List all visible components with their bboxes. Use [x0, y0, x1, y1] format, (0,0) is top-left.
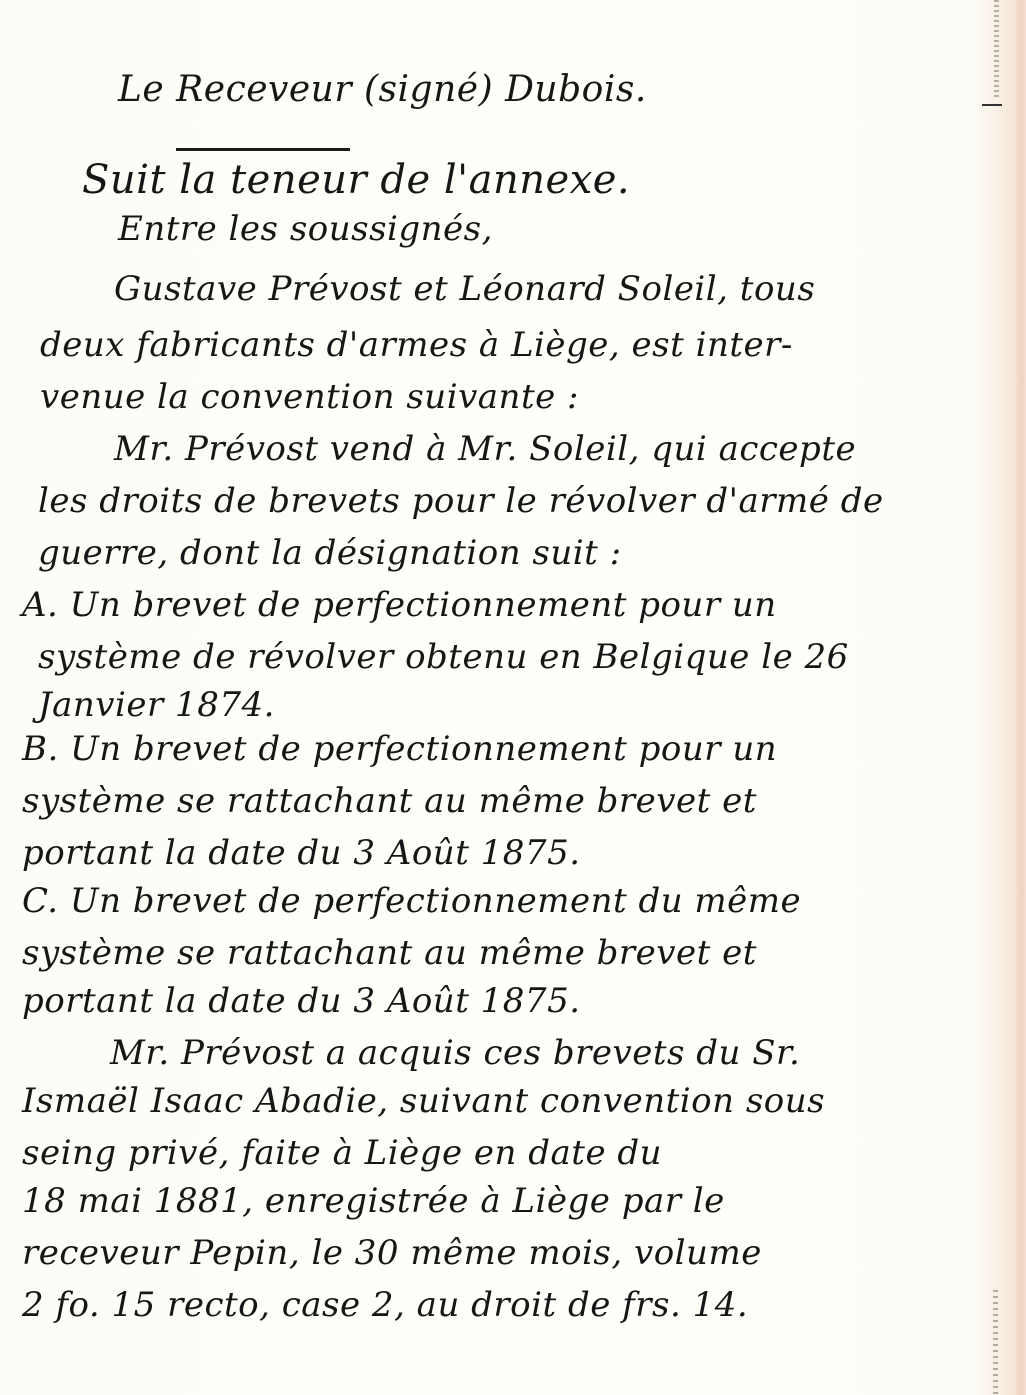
- page-binding-edge: [1014, 0, 1026, 1395]
- manuscript-page: Le Receveur (signé) Dubois. Suit la tene…: [0, 0, 1026, 1395]
- text-line: 18 mai 1881, enregistrée à Liège par le: [22, 1184, 725, 1218]
- text-line: système se rattachant au même brevet et: [22, 936, 757, 970]
- scan-artifact-top: [994, 0, 999, 100]
- text-line: deux fabricants d'armes à Liège, est int…: [40, 328, 793, 362]
- section-divider: [176, 148, 350, 151]
- item-a-line: A. Un brevet de perfectionnement pour un: [22, 588, 777, 622]
- text-line: système de révolver obtenu en Belgique l…: [38, 640, 849, 674]
- text-line: Janvier 1874.: [38, 688, 275, 722]
- text-line: 2 fo. 15 recto, case 2, au droit de frs.…: [22, 1288, 748, 1322]
- text-line: portant la date du 3 Août 1875.: [22, 836, 581, 870]
- text-line: les droits de brevets pour le révolver d…: [38, 484, 884, 518]
- text-line: Ismaël Isaac Abadie, suivant convention …: [22, 1084, 825, 1118]
- margin-mark: [982, 104, 1002, 106]
- scan-artifact-bottom: [993, 1290, 998, 1395]
- text-line: venue la convention suivante :: [40, 380, 579, 414]
- text-line: Gustave Prévost et Léonard Soleil, tous: [114, 272, 815, 306]
- item-c-line: C. Un brevet de perfectionnement du même: [22, 884, 801, 918]
- text-line: seing privé, faite à Liège en date du: [22, 1136, 662, 1170]
- text-line: système se rattachant au même brevet et: [22, 784, 757, 818]
- annex-heading: Suit la teneur de l'annexe.: [82, 160, 630, 200]
- item-b-line: B. Un brevet de perfectionnement pour un: [22, 732, 777, 766]
- text-line: guerre, dont la désignation suit :: [38, 536, 622, 570]
- text-line: Mr. Prévost vend à Mr. Soleil, qui accep…: [114, 432, 856, 466]
- intro-line: Entre les soussignés,: [118, 212, 493, 246]
- text-line: Mr. Prévost a acquis ces brevets du Sr.: [110, 1036, 800, 1070]
- receiver-signature-line: Le Receveur (signé) Dubois.: [118, 72, 647, 108]
- text-line: receveur Pepin, le 30 même mois, volume: [22, 1236, 762, 1270]
- text-line: portant la date du 3 Août 1875.: [22, 984, 581, 1018]
